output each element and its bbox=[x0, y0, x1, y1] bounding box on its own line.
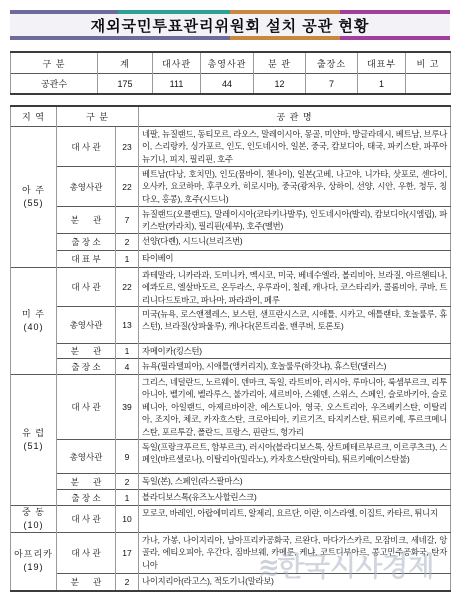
category-cell: 총영사관 bbox=[57, 440, 116, 474]
region-name: 미 주 bbox=[11, 308, 56, 321]
region-name: 중 동 bbox=[11, 506, 56, 519]
region-count: (10) bbox=[11, 519, 56, 532]
missions-cell: 뉴질랜드(오클랜드), 말레이시아(코타키나발루), 인도네시아(발리), 캄보… bbox=[139, 207, 451, 234]
count-cell: 13 bbox=[116, 307, 139, 344]
category-cell: 총영사관 bbox=[57, 167, 116, 207]
table-row: 총영사관 13 미국(뉴욕, 로스앤젤레스, 보스턴, 샌프란시스코, 시애틀,… bbox=[11, 307, 451, 344]
category-cell: 분 관 bbox=[57, 207, 116, 234]
summary-note-value bbox=[406, 74, 451, 95]
summary-total-value: 175 bbox=[98, 74, 153, 95]
count-cell: 1 bbox=[116, 344, 139, 359]
summary-header-branch: 분 관 bbox=[254, 52, 306, 74]
detail-header-missions: 공 관 명 bbox=[139, 106, 451, 127]
missions-cell: 네팔, 뉴질랜드, 동티모르, 라오스, 말레이시아, 몽골, 미얀마, 방글라… bbox=[139, 127, 451, 167]
table-row: 아프리카 (19) 대 사 관 17 가나, 가봉, 나이지리아, 남아프리카공… bbox=[11, 533, 451, 574]
summary-table: 구 분 계 대사관 총영사관 분 관 출장소 대표부 비 고 공관수 175 1… bbox=[10, 51, 451, 95]
table-row: 미 주 (40) 대 사 관 22 과테말라, 니카라과, 도미니카, 멕시코,… bbox=[11, 268, 451, 307]
summary-header-total: 계 bbox=[98, 52, 153, 74]
category-cell: 대 사 관 bbox=[57, 533, 116, 574]
count-cell: 2 bbox=[116, 474, 139, 490]
summary-data-row: 공관수 175 111 44 12 7 1 bbox=[11, 74, 451, 95]
count-cell: 9 bbox=[116, 440, 139, 474]
table-row: 출 장 소 4 뉴욕(필라델피아), 시애틀(앵커리지), 호놀룰루(하갓냐),… bbox=[11, 359, 451, 375]
missions-cell: 미국(뉴욕, 로스앤젤레스, 보스턴, 샌프란시스코, 시애틀, 시카고, 애틀… bbox=[139, 307, 451, 344]
summary-header-office: 출장소 bbox=[306, 52, 358, 74]
category-cell: 출 장 소 bbox=[57, 359, 116, 375]
title-bottom-border bbox=[10, 36, 450, 40]
missions-cell: 나이지리아(라고스), 적도기니(말라보) bbox=[139, 574, 451, 591]
region-cell-africa: 아프리카 (19) bbox=[11, 533, 57, 591]
missions-cell: 그리스, 네덜란드, 노르웨이, 덴마크, 독일, 라트비아, 러시아, 루마니… bbox=[139, 375, 451, 440]
summary-consulate-value: 44 bbox=[201, 74, 254, 95]
summary-header-embassy: 대사관 bbox=[153, 52, 201, 74]
region-count: (19) bbox=[11, 561, 56, 574]
table-row: 분 관 1 자메이카(킹스턴) bbox=[11, 344, 451, 359]
table-row: 총영사관 22 베트남(다낭, 호치민), 인도(뭄바이, 첸나이), 일본(고… bbox=[11, 167, 451, 207]
category-cell: 분 관 bbox=[57, 344, 116, 359]
summary-branch-value: 12 bbox=[254, 74, 306, 95]
missions-cell: 블라디보스톡(유즈노사할린스크) bbox=[139, 490, 451, 506]
table-row: 총영사관 9 독일(프랑크푸르트, 함부르크), 러시아(블라디보스톡, 상트페… bbox=[11, 440, 451, 474]
table-row: 분 관 2 독일(본), 스페인(라스팔마스) bbox=[11, 474, 451, 490]
category-cell: 분 관 bbox=[57, 574, 116, 591]
region-cell-europe: 유 럽 (51) bbox=[11, 375, 57, 506]
document-page: { "title": "재외국민투표관리위원회 설치 공관 현황", "colo… bbox=[0, 0, 460, 598]
missions-cell: 자메이카(킹스턴) bbox=[139, 344, 451, 359]
summary-row-label: 공관수 bbox=[11, 74, 98, 95]
missions-cell: 모로코, 바레인, 아랍에미리트, 알제리, 요르단, 이란, 이스라엘, 이집… bbox=[139, 506, 451, 533]
category-cell: 대 사 관 bbox=[57, 375, 116, 440]
summary-mission-value: 1 bbox=[358, 74, 406, 95]
table-row: 아 주 (55) 대 사 관 23 네팔, 뉴질랜드, 동티모르, 라오스, 말… bbox=[11, 127, 451, 167]
table-row: 출 장 소 1 블라디보스톡(유즈노사할린스크) bbox=[11, 490, 451, 506]
category-cell: 대 사 관 bbox=[57, 506, 116, 533]
region-cell-middle-east: 중 동 (10) bbox=[11, 506, 57, 533]
missions-cell: 베트남(다낭, 호치민), 인도(뭄바이, 첸나이), 일본(고베, 나고야, … bbox=[139, 167, 451, 207]
missions-cell: 과테말라, 니카라과, 도미니카, 멕시코, 미국, 베네수엘라, 볼리비아, … bbox=[139, 268, 451, 307]
count-cell: 7 bbox=[116, 207, 139, 234]
region-name: 아프리카 bbox=[11, 548, 56, 561]
category-cell: 분 관 bbox=[57, 474, 116, 490]
summary-header-consulate: 총영사관 bbox=[201, 52, 254, 74]
region-count: (40) bbox=[11, 321, 56, 334]
missions-cell: 타이베이 bbox=[139, 251, 451, 268]
category-cell: 총영사관 bbox=[57, 307, 116, 344]
category-cell: 대 표 부 bbox=[57, 251, 116, 268]
summary-header-mission: 대표부 bbox=[358, 52, 406, 74]
count-cell: 39 bbox=[116, 375, 139, 440]
region-count: (51) bbox=[11, 440, 56, 453]
page-title: 재외국민투표관리위원회 설치 공관 현황 bbox=[91, 15, 370, 36]
count-cell: 2 bbox=[116, 234, 139, 251]
region-name: 유 럽 bbox=[11, 427, 56, 440]
count-cell: 23 bbox=[116, 127, 139, 167]
missions-cell: 뉴욕(필라델피아), 시애틀(앵커리지), 호놀룰루(하갓냐), 휴스턴(댈러스… bbox=[139, 359, 451, 375]
title-banner: 재외국민투표관리위원회 설치 공관 현황 bbox=[10, 10, 450, 40]
region-cell-americas: 미 주 (40) bbox=[11, 268, 57, 375]
summary-header-gubun: 구 분 bbox=[11, 52, 98, 74]
region-count: (55) bbox=[11, 197, 56, 210]
count-cell: 22 bbox=[116, 167, 139, 207]
region-cell-asia: 아 주 (55) bbox=[11, 127, 57, 268]
summary-office-value: 7 bbox=[306, 74, 358, 95]
summary-header-row: 구 분 계 대사관 총영사관 분 관 출장소 대표부 비 고 bbox=[11, 52, 451, 74]
count-cell: 17 bbox=[116, 533, 139, 574]
count-cell: 22 bbox=[116, 268, 139, 307]
summary-embassy-value: 111 bbox=[153, 74, 201, 95]
detail-header-row: 지 역 구 분 공 관 명 bbox=[11, 106, 451, 127]
detail-header-category: 구 분 bbox=[57, 106, 139, 127]
table-row: 분 관 7 뉴질랜드(오클랜드), 말레이시아(코타키나발루), 인도네시아(발… bbox=[11, 207, 451, 234]
table-row: 출 장 소 2 선양(다롄), 시드니(브리즈번) bbox=[11, 234, 451, 251]
count-cell: 4 bbox=[116, 359, 139, 375]
missions-cell: 가나, 가봉, 나이지리아, 남아프리카공화국, 르완다, 마다가스카르, 모잠… bbox=[139, 533, 451, 574]
category-cell: 출 장 소 bbox=[57, 490, 116, 506]
detail-header-region: 지 역 bbox=[11, 106, 57, 127]
count-cell: 1 bbox=[116, 251, 139, 268]
missions-cell: 선양(다롄), 시드니(브리즈번) bbox=[139, 234, 451, 251]
summary-header-note: 비 고 bbox=[406, 52, 451, 74]
count-cell: 1 bbox=[116, 490, 139, 506]
region-name: 아 주 bbox=[11, 184, 56, 197]
table-row: 중 동 (10) 대 사 관 10 모로코, 바레인, 아랍에미리트, 알제리,… bbox=[11, 506, 451, 533]
detail-table: 지 역 구 분 공 관 명 아 주 (55) 대 사 관 23 네팔, 뉴질랜드… bbox=[10, 105, 451, 592]
missions-cell: 독일(본), 스페인(라스팔마스) bbox=[139, 474, 451, 490]
missions-cell: 독일(프랑크푸르트, 함부르크), 러시아(블라디보스톡, 상트페테르부르크, … bbox=[139, 440, 451, 474]
category-cell: 대 사 관 bbox=[57, 268, 116, 307]
table-row: 분 관 2 나이지리아(라고스), 적도기니(말라보) bbox=[11, 574, 451, 591]
category-cell: 출 장 소 bbox=[57, 234, 116, 251]
table-row: 대 표 부 1 타이베이 bbox=[11, 251, 451, 268]
category-cell: 대 사 관 bbox=[57, 127, 116, 167]
count-cell: 2 bbox=[116, 574, 139, 591]
table-row: 유 럽 (51) 대 사 관 39 그리스, 네덜란드, 노르웨이, 덴마크, … bbox=[11, 375, 451, 440]
count-cell: 10 bbox=[116, 506, 139, 533]
